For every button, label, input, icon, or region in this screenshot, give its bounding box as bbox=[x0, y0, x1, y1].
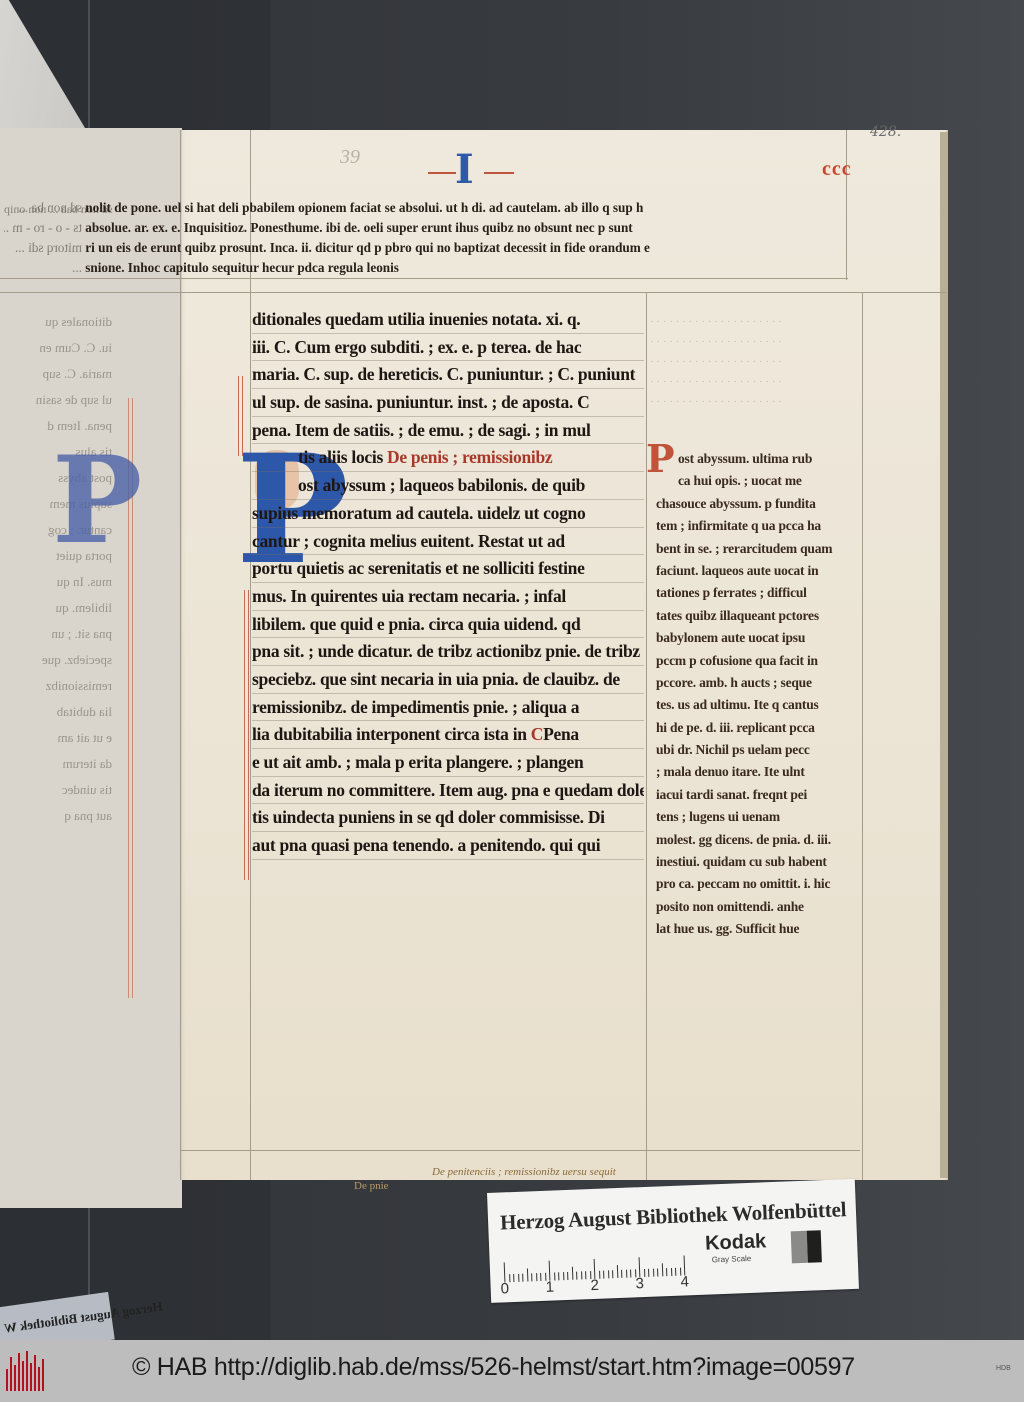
left-page-line: speciebz. que bbox=[0, 652, 112, 668]
mirror-text: ... bbox=[4, 258, 82, 278]
mirror-text: sd non ba ... bbox=[4, 198, 82, 218]
gloss-line: tates quibz illaqueant pctores bbox=[656, 605, 864, 627]
hab-logo-icon bbox=[6, 1351, 46, 1391]
left-page-line: iu. C. Cum en bbox=[0, 340, 112, 356]
left-page-line: maria. C. sup bbox=[0, 366, 112, 382]
ruling-line bbox=[250, 130, 251, 1180]
text-line: e ut ait amb. ; mala p erita plangere. ;… bbox=[252, 749, 644, 777]
gloss-line: pccore. amb. h aucts ; seque bbox=[656, 672, 864, 694]
gloss-line: iacui tardi sanat. freqnt pei bbox=[656, 784, 864, 806]
pencil-number: 39 bbox=[340, 146, 360, 169]
text-line: maria. C. sup. de hereticis. C. puniuntu… bbox=[252, 361, 644, 389]
text-line: tis uindecta puniens in se qd doler comm… bbox=[252, 804, 644, 832]
text-line: supius memoratum ad cautela. uidelz ut c… bbox=[252, 500, 644, 528]
rubric-heading: De penis ; remissionibz bbox=[387, 447, 552, 467]
gloss-line: babylonem aute uocat ipsu bbox=[656, 627, 864, 649]
gloss-line: ts - o - ro - m ... absolue. ar. ex. e. … bbox=[4, 218, 844, 238]
gloss-line: ... snione. Inhoc capitulo sequitur hecu… bbox=[4, 258, 844, 278]
text-line: ost abyssum ; laqueos babilonis. de quib bbox=[252, 472, 644, 500]
text-line: iii. C. Cum ergo subditi. ; ex. e. p ter… bbox=[252, 334, 644, 362]
rubric-chapter-number: ccc bbox=[822, 158, 852, 181]
gloss-line: pccm p cofusione qua facit in bbox=[656, 650, 864, 672]
text-line: da iterum no committere. Item aug. pna e… bbox=[252, 777, 644, 805]
text-line: libilem. que quid e pnia. circa quia uid… bbox=[252, 611, 644, 639]
gloss-line: molest. gg dicens. de pnia. d. iii. bbox=[656, 829, 864, 851]
gloss-text: absolue. ar. ex. e. Inquisitioz. Ponesth… bbox=[85, 220, 632, 235]
text-line: mus. In quirentes uia rectam necaria. ; … bbox=[252, 583, 644, 611]
kodak-brand: Kodak bbox=[705, 1230, 767, 1255]
left-page-line: ul sup de sasin bbox=[0, 392, 112, 408]
bleed-through-text: · · · · · · · · · · · · · · · · · · · · … bbox=[650, 312, 880, 412]
ruler-number: 1 bbox=[545, 1279, 554, 1296]
catchword-note: De penitenciis ; remissionibz uersu sequ… bbox=[432, 1166, 616, 1178]
mirror-text: mitorq sdi ... bbox=[4, 238, 82, 258]
text-segment: Pena bbox=[543, 724, 579, 744]
gloss-line: tens ; lugens ui uenam bbox=[656, 806, 864, 828]
text-segment: tis aliis locis bbox=[298, 447, 383, 467]
ruling-line bbox=[180, 130, 181, 1180]
gloss-line: tationes p ferrates ; difficul bbox=[656, 582, 864, 604]
flourish-left bbox=[428, 172, 456, 174]
text-line: tis aliis locis De penis ; remissionibz bbox=[252, 444, 644, 472]
ruling-line bbox=[646, 292, 647, 1180]
text-line: cantur ; cognita melius euitent. Restat … bbox=[252, 528, 644, 556]
library-name: Herzog August Bibliothek Wolfenbüttel bbox=[500, 1197, 847, 1235]
text-line: remissionibz. de impedimentis pnie. ; al… bbox=[252, 694, 644, 722]
color-scale-target: Herzog August Bibliothek Wolfenbüttel Ko… bbox=[487, 1179, 859, 1303]
gloss-line: chasouce abyssum. p fundita bbox=[656, 493, 864, 515]
gloss-line: pro ca. peccam no omittit. i. hic bbox=[656, 873, 864, 895]
marginal-gloss-column: ost abyssum. ultima rub ca hui opis. ; u… bbox=[656, 448, 864, 941]
top-gloss: sd non ba ... nolit de pone. uel si hat … bbox=[4, 198, 844, 278]
gloss-line: ; mala denuo itare. Ite ulnt bbox=[656, 761, 864, 783]
text-line: lia dubitabilia interponent circa ista i… bbox=[252, 721, 644, 749]
left-page-initial: P bbox=[52, 446, 132, 566]
penwork-flourish bbox=[244, 590, 249, 880]
ruler-number: 2 bbox=[590, 1277, 599, 1294]
left-page-line: tis uindec bbox=[0, 782, 112, 798]
left-page-line: mus. In qu bbox=[0, 574, 112, 590]
gloss-line: hi de pe. d. iii. replicant pcca bbox=[656, 717, 864, 739]
left-page-line: lia dubitab bbox=[0, 704, 112, 720]
main-text-column: ditionales quedam utilia inuenies notata… bbox=[252, 306, 644, 860]
left-page-line: pna sit. ; un bbox=[0, 626, 112, 642]
catchword-note-left: De pnie bbox=[354, 1180, 389, 1192]
red-initial: C bbox=[531, 724, 543, 744]
ruling-line bbox=[180, 1150, 860, 1151]
left-page-line: remissionibz bbox=[0, 678, 112, 694]
gloss-line: ubi dr. Nichil ps uelam pecc bbox=[656, 739, 864, 761]
footer-mark: HDB bbox=[996, 1365, 1011, 1372]
gloss-line: faciunt. laqueos aute uocat in bbox=[656, 560, 864, 582]
text-line: ditionales quedam utilia inuenies notata… bbox=[252, 306, 644, 334]
flourish-right bbox=[484, 172, 514, 174]
text-line: aut pna quasi pena tenendo. a penitendo.… bbox=[252, 832, 644, 860]
ruling-line bbox=[0, 292, 946, 293]
gray-scale-label: Gray Scale bbox=[712, 1254, 752, 1265]
gloss-text: nolit de pone. uel si hat deli pbabilem … bbox=[85, 200, 643, 215]
left-page-line: da iterum bbox=[0, 756, 112, 772]
left-page-line: e ut ait am bbox=[0, 730, 112, 746]
ruler-number: 0 bbox=[500, 1280, 509, 1297]
black-swatch bbox=[807, 1230, 822, 1263]
gloss-line: lat hue us. gg. Sufficit hue bbox=[656, 918, 864, 940]
text-line: portu quietis ac serenitatis et ne solli… bbox=[252, 555, 644, 583]
copyright-url[interactable]: © HAB http://diglib.hab.de/mss/526-helms… bbox=[132, 1353, 855, 1382]
folio-number: 428. bbox=[870, 124, 901, 140]
mirror-text: ts - o - ro - m ... bbox=[4, 218, 82, 238]
ruler-number: 4 bbox=[680, 1273, 689, 1290]
gloss-text: ri un eis de erunt quibz prosunt. Inca. … bbox=[85, 240, 650, 255]
gloss-text: snione. Inhoc capitulo sequitur hecur pd… bbox=[85, 260, 399, 275]
left-page: sd non baa ... non onip ditionales qu iu… bbox=[0, 128, 182, 1208]
left-page-line: ditionales qu bbox=[0, 314, 112, 330]
ruler-number: 3 bbox=[635, 1275, 644, 1292]
gloss-line: mitorq sdi ... ri un eis de erunt quibz … bbox=[4, 238, 844, 258]
text-segment: lia dubitabilia interponent circa ista i… bbox=[252, 724, 527, 744]
gloss-line: ca hui opis. ; uocat me bbox=[656, 470, 864, 492]
ruling-line bbox=[0, 278, 848, 279]
gray-swatch bbox=[791, 1231, 808, 1264]
gloss-line: bent in se. ; rerarcitudem quam bbox=[656, 538, 864, 560]
ruling-line bbox=[846, 130, 847, 280]
text-line: speciebz. que sint necaria in uia pnia. … bbox=[252, 666, 644, 694]
gloss-line: ost abyssum. ultima rub bbox=[656, 448, 864, 470]
gloss-line: tem ; infirmitate q ua pcca ha bbox=[656, 515, 864, 537]
gloss-line: inestiui. quidam cu sub habent bbox=[656, 851, 864, 873]
text-line: pna sit. ; unde dicatur. de tribz action… bbox=[252, 638, 644, 666]
text-line: ul sup. de sasina. puniuntur. inst. ; de… bbox=[252, 389, 644, 417]
footer-bar: © HAB http://diglib.hab.de/mss/526-helms… bbox=[0, 1340, 1024, 1402]
text-line: pena. Item de satiis. ; de emu. ; de sag… bbox=[252, 417, 644, 445]
gloss-line: tes. us ad ultimu. Ite q cantus bbox=[656, 694, 864, 716]
left-page-line: libilem. qu bbox=[0, 600, 112, 616]
gloss-line: sd non ba ... nolit de pone. uel si hat … bbox=[4, 198, 844, 218]
page-edge-shadow bbox=[940, 132, 948, 1178]
running-head-initial: I bbox=[455, 150, 485, 192]
gloss-line: posito non omittendi. anhe bbox=[656, 896, 864, 918]
left-page-line: aut pna q bbox=[0, 808, 112, 824]
